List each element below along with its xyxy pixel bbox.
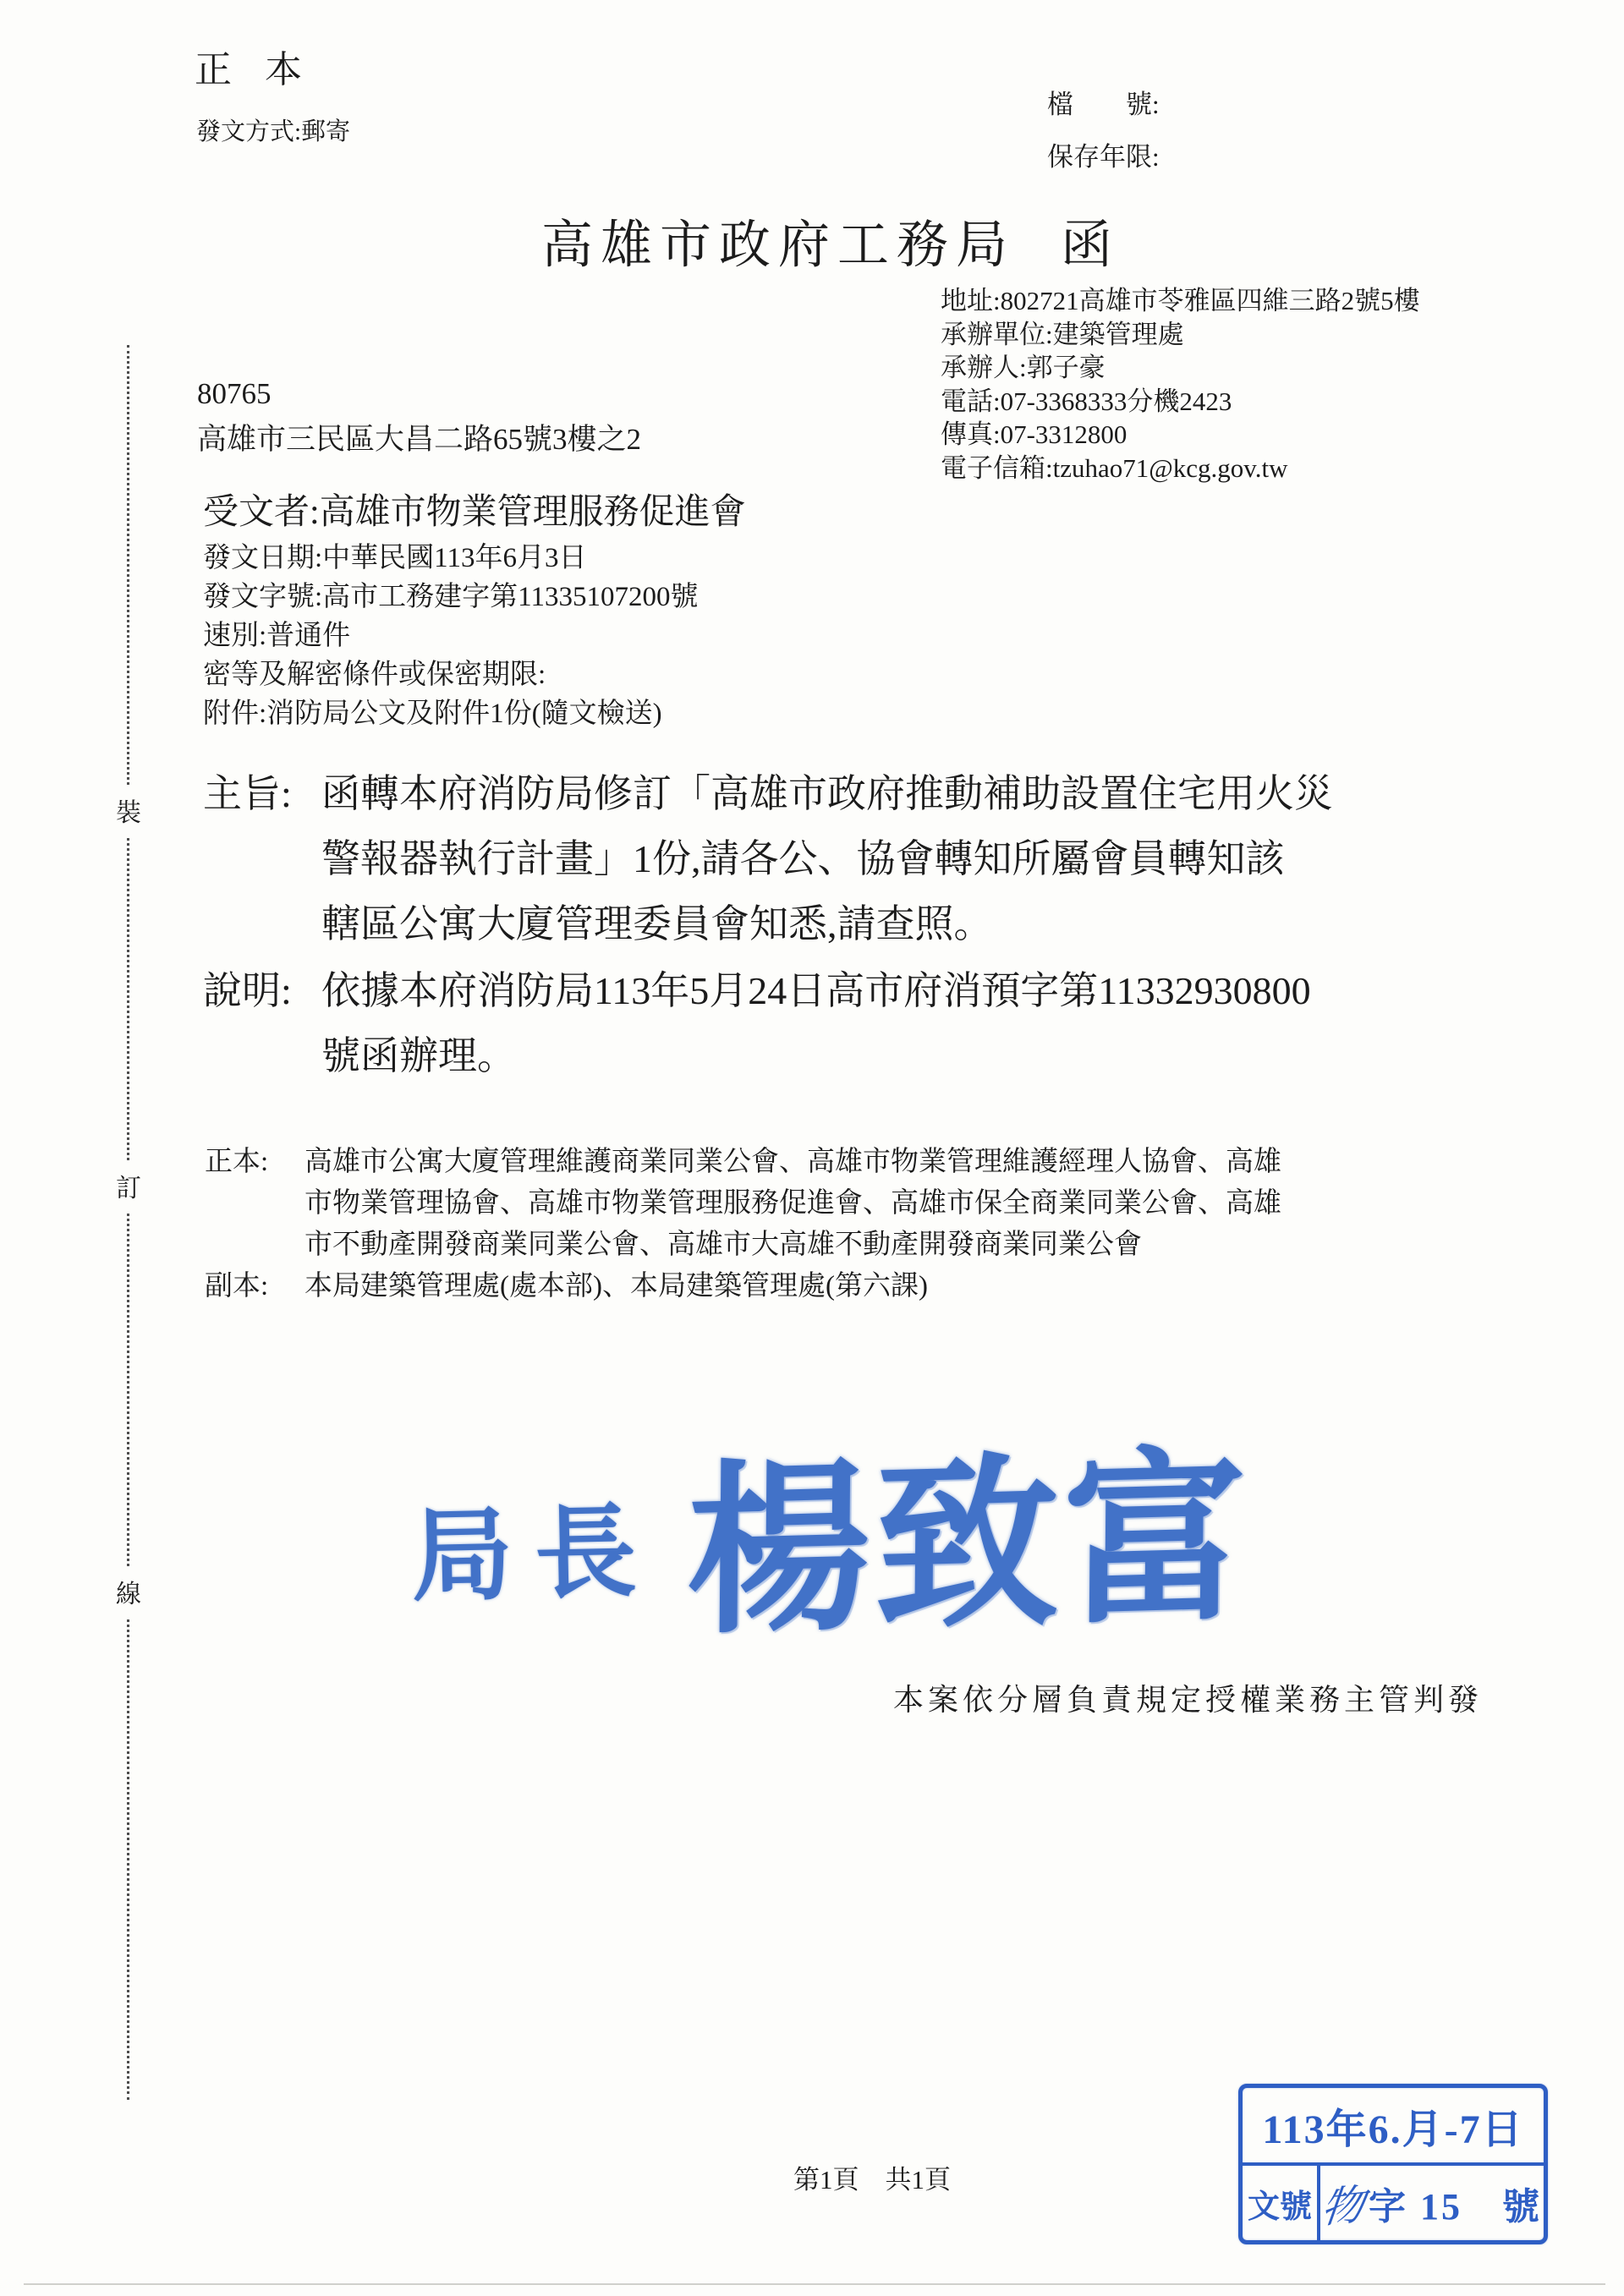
recipient-line: 受文者:高雄市物業管理服務促進會 [203, 484, 746, 534]
subject-line: 警報器執行計畫」1份,請各公、協會轉知所屬會員轉知該 [321, 826, 1472, 891]
copy-recipients-line: 本局建築管理處(處本部)、本局建築管理處(第六課) [304, 1271, 928, 1301]
handling-unit: 承辦單位:建築管理處 [941, 318, 1420, 352]
primary-recipients-line: 市不動產開發商業同業公會、高雄市大高雄不動產開發商業同業公會 [304, 1225, 1524, 1266]
binding-mark-xian: 線 [107, 1566, 150, 1617]
document-meta-block: 發文日期:中華民國113年6月3日 發文字號:高市工務建字第1133510720… [203, 539, 698, 733]
signer-title-stamp: 局長 [409, 1471, 660, 1621]
attachment-note: 附件:消防局公文及附件1份(隨文檢送) [203, 694, 698, 733]
explanation-line: 號函辦理。 [321, 1023, 1522, 1088]
agency-address: 地址:802721高雄市苓雅區四維三路2號5樓 [941, 284, 1420, 318]
copy-recipients-row: 副本:本局建築管理處(處本部)、本局建築管理處(第六課) [205, 1266, 1524, 1307]
scan-artifact-line [24, 2283, 1605, 2285]
received-number-rest: 字 15 號 [1369, 2176, 1542, 2230]
fax-number: 傳真:07-3312800 [941, 418, 1420, 452]
subject-label: 主旨: [203, 761, 292, 826]
received-number: 物字 15 號 [1320, 2166, 1544, 2240]
explanation-line: 依據本府消防局113年5月24日高市府消預字第11332930800 [321, 958, 1522, 1023]
primary-recipients-line: 高雄市公寓大廈管理維護商業同業公會、高雄市物業管理維護經理人協會、高雄 [304, 1142, 1524, 1183]
phone-number: 電話:07-3368333分機2423 [941, 385, 1420, 419]
file-number-label: 檔 號: [1047, 83, 1160, 121]
received-date: 113年6.月-7日 [1243, 2088, 1544, 2166]
subject-line: 函轉本府消防局修訂「高雄市政府推動補助設置住宅用火災 [321, 761, 1472, 826]
contact-info-block: 地址:802721高雄市苓雅區四維三路2號5樓 承辦單位:建築管理處 承辦人:郭… [941, 284, 1420, 485]
received-number-handwritten-char: 物 [1319, 2170, 1371, 2235]
issuing-agency-name: 高雄市政府工務局 [541, 217, 1015, 274]
primary-recipients-label: 正本: [205, 1142, 268, 1183]
recipient-zip-code: 80765 [197, 377, 272, 411]
security-classification: 密等及解密條件或保密期限: [203, 655, 698, 694]
authorization-note: 本案依分層負責規定授權業務主管判發 [893, 1676, 1483, 1719]
document-type: 函 [1061, 217, 1120, 274]
issue-number: 發文字號:高市工務建字第11335107200號 [203, 578, 698, 616]
binding-dotted-line [127, 345, 129, 2100]
issue-date: 發文日期:中華民國113年6月3日 [203, 539, 698, 578]
subject-line: 轄區公寓大廈管理委員會知悉,請查照。 [321, 891, 1472, 956]
binding-mark-zhuang: 裝 [107, 785, 150, 836]
page-number-footer: 第1頁 共1頁 [793, 2158, 951, 2196]
subject-block: 主旨: 函轉本府消防局修訂「高雄市政府推動補助設置住宅用火災 警報器執行計畫」1… [203, 761, 1472, 956]
signer-name-stamp: 楊致富 [686, 1389, 1252, 1669]
explanation-label: 說明: [203, 958, 292, 1023]
delivery-method-label: 發文方式:郵寄 [196, 112, 350, 147]
official-document-page: 正 本 發文方式:郵寄 檔 號: 保存年限: 高雄市政府工務局函 地址:8027… [0, 0, 1624, 2296]
primary-recipients-line: 市物業管理協會、高雄市物業管理服務促進會、高雄市保全商業同業公會、高雄 [304, 1183, 1524, 1225]
retention-period-label: 保存年限: [1047, 135, 1160, 173]
binding-mark-ding: 訂 [107, 1160, 150, 1211]
priority-level: 速別:普通件 [203, 616, 698, 655]
document-title: 高雄市政府工務局函 [541, 204, 1120, 277]
copy-recipients-label: 副本: [205, 1266, 304, 1307]
email-address: 電子信箱:tzuhao71@kcg.gov.tw [941, 452, 1420, 485]
copy-type-label: 正 本 [195, 39, 314, 93]
distribution-block: 正本: 高雄市公寓大廈管理維護商業同業公會、高雄市物業管理維護經理人協會、高雄 … [205, 1142, 1524, 1307]
explanation-block: 說明: 依據本府消防局113年5月24日高市府消預字第11332930800 號… [203, 958, 1522, 1088]
recipient-address: 高雄市三民區大昌二路65號3樓之2 [197, 416, 641, 458]
handling-person: 承辦人:郭子豪 [941, 351, 1420, 385]
received-number-label: 文號 [1243, 2166, 1320, 2240]
received-date-stamp: 113年6.月-7日 文號 物字 15 號 [1238, 2084, 1548, 2244]
